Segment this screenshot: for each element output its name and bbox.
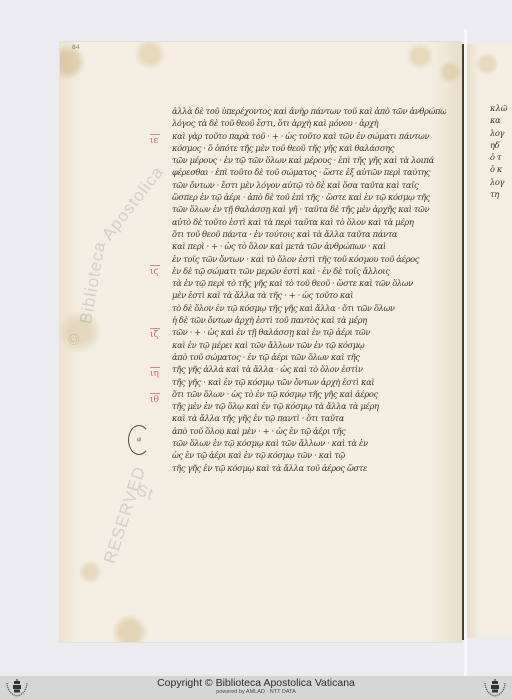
manuscript-line: καὶ περὶ · + · ὡς τὸ ὅλον καὶ μετὰ τῶν ἀ… bbox=[172, 240, 446, 252]
manuscript-line: τῶν ὄντων · ἔστι μὲν λόγον αὐτῷ τὸ δὲ κα… bbox=[172, 179, 446, 191]
manuscript-line: τῶν ὅλων ἐν τῇ θαλάσσῃ καὶ γῆ · ταῦτα δὲ… bbox=[172, 203, 446, 215]
manuscript-line: φέρεσθαι · ἐπὶ τοῦτο δὲ τοῦ σώματος · ὥσ… bbox=[172, 166, 446, 178]
manuscript-line: ὅτι τοῦ θεοῦ πάντα · ἐν τούτοις καὶ τὰ ἄ… bbox=[172, 228, 446, 240]
manuscript-line: τὰ ἐν τῷ περὶ τὸ τῆς γῆς καὶ τὸ τοῦ θεοῦ… bbox=[172, 277, 446, 289]
copyright-footer: Copyright © Biblioteca Apostolica Vatica… bbox=[0, 676, 512, 699]
margin-numeral: ιϛ bbox=[150, 267, 159, 277]
manuscript-line: μὲν ἐστὶ καὶ τὰ ἄλλα τὰ τῆς · + · ὡς τοῦ… bbox=[172, 289, 446, 301]
margin-numeral: ιζ bbox=[150, 330, 158, 340]
folio-number: 84 bbox=[72, 44, 80, 51]
manuscript-line: καὶ γὰρ τοῦτο παρὰ τοῦ · + · ὡς τοῦτο κα… bbox=[172, 130, 446, 142]
margin-numeral: ιε bbox=[150, 136, 158, 146]
manuscript-line: τῆς μὲν ἐν τῷ ὅλῳ καὶ ἐν τῷ κόσμῳ τὰ ἄλλ… bbox=[172, 400, 446, 412]
manuscript-line: τῶν · + · ὡς καὶ ἐν τῇ θαλάσσῃ καὶ ἐν τῷ… bbox=[172, 326, 446, 338]
manuscript-line: ἐν δὲ τῷ σώματι τῶν μερῶν ἐστὶ καὶ · ἐν … bbox=[172, 265, 446, 277]
manuscript-line: κόσμος · ὅ ὁπότε τῆς μὲν τοῦ θεοῦ τῆς γῆ… bbox=[172, 142, 446, 154]
manuscript-line: ἡ δὲ τῶν ὄντων ἀρχὴ ἐστὶ τοῦ παντὸς καὶ … bbox=[172, 314, 446, 326]
manuscript-line: ἐν τοῖς τῶν ὄντων · καὶ τὸ ὅλον ἐστὶ τῆς… bbox=[172, 253, 446, 265]
manuscript-line: ἀλλὰ δὲ τοῦ ὑπερέχοντος καὶ ἀνὴρ πάντων … bbox=[172, 105, 446, 117]
manuscript-line: ὡς ἐν τῷ ἀέρι καὶ ἐν τῷ κόσμῳ τῶν · καὶ … bbox=[172, 449, 446, 461]
manuscript-text-block: ἀλλὰ δὲ τοῦ ὑπερέχοντος καὶ ἀνὴρ πάντων … bbox=[172, 105, 446, 474]
powered-by-text: powered by AMLAD · NTT DATA bbox=[0, 689, 512, 695]
manuscript-line: τῶν μέρους · ἐν τῷ τῶν ὅλων καὶ μέρους ·… bbox=[172, 154, 446, 166]
manuscript-line: τῆς γῆς ἀλλὰ καὶ τὰ ἄλλα · ὡς καὶ τὸ ὅλο… bbox=[172, 363, 446, 375]
copyright-text: Copyright © Biblioteca Apostolica Vatica… bbox=[0, 677, 512, 689]
book-spine bbox=[462, 44, 464, 640]
manuscript-line: αὐτὸ δὲ τοῦτο ἐστὶ καὶ τὰ περὶ ταῦτα καὶ… bbox=[172, 216, 446, 228]
margin-numeral: ιη bbox=[150, 369, 159, 379]
margin-numeral: ιθ bbox=[150, 395, 159, 405]
manuscript-line: ὥσπερ ἐν τῷ ἀέρι · ἀπὸ δὲ τοῦ ἐπὶ τῆς · … bbox=[172, 191, 446, 203]
manuscript-line: ἀπὸ τοῦ σώματος · ἐν τῷ ἀέρι τῶν ὅλων κα… bbox=[172, 351, 446, 363]
manuscript-line: τῆς γῆς ἐν τῷ κόσμῳ καὶ τὰ ἄλλα τοῦ ἀέρο… bbox=[172, 462, 446, 474]
manuscript-line: λόγος τὰ δὲ τοῦ θεοῦ ἔστι, ὅτι ἀρχὴ καὶ … bbox=[172, 117, 446, 129]
right-page-text-fragment: κλῶ κα λογ ηδ ὁ τ ὁ κ λογ τη bbox=[490, 102, 512, 332]
manuscript-line: ἀπὸ τοῦ ὅλου καὶ μὲν · + · ὡς ἐν τῷ ἀέρι… bbox=[172, 425, 446, 437]
manuscript-line: τῶν ὅλων ἐν τῷ κόσμῳ καὶ τῶν ἄλλων · καὶ… bbox=[172, 437, 446, 449]
vatican-library-emblem-icon bbox=[482, 677, 508, 698]
manuscript-line: ὅτι τῶν ὅλων · ὡς τὸ ἐν τῷ κόσμῳ τῆς γῆς… bbox=[172, 388, 446, 400]
vatican-library-emblem-icon bbox=[4, 677, 30, 698]
manuscript-line: καὶ ἐν τῷ μέρει καὶ τῶν ἄλλων τῶν ἐν τῷ … bbox=[172, 339, 446, 351]
manuscript-line: τῆς γῆς · καὶ ἐν τῷ κόσμῳ τῶν ὄντων ἀρχὴ… bbox=[172, 376, 446, 388]
manuscript-line: καὶ τὰ ἄλλα τῆς γῆς ἐν τῷ παντὶ · ὅτι τα… bbox=[172, 412, 446, 424]
marginal-circle-note: ιβ bbox=[128, 425, 150, 455]
manuscript-line: τὸ δὲ ὅλον ἐν τῷ κόσμῳ τῆς γῆς καὶ ἄλλα … bbox=[172, 302, 446, 314]
watermark-copyright-symbol: © bbox=[66, 333, 83, 345]
manuscript-viewer[interactable]: 84 RESERVED © Biblioteca Apostolica St ι… bbox=[0, 0, 512, 676]
